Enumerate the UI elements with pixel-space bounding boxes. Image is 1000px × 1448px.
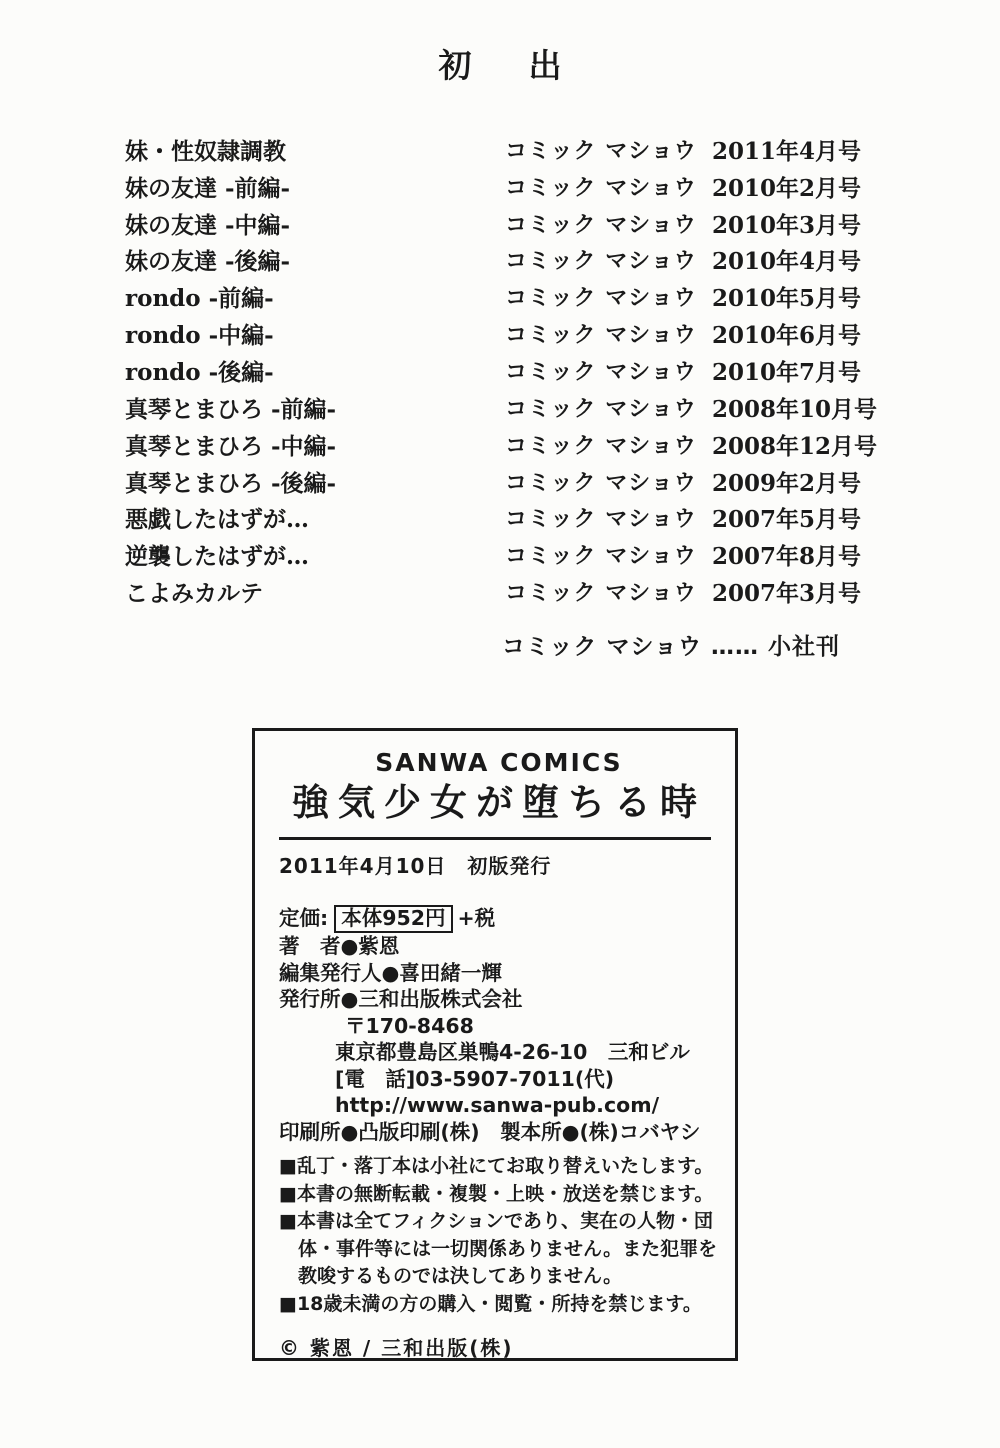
legal-notices: ■乱丁・落丁本は小社にてお取り替えいたします。 ■本書の無断転載・複製・上映・放… — [279, 1153, 719, 1318]
magazine-name: コミック マショウ — [505, 576, 712, 607]
magazine-name: コミック マショウ — [505, 171, 712, 202]
publication-row: こよみカルテ コミック マショウ 2007年3月号 — [125, 573, 885, 610]
magazine-name: コミック マショウ — [505, 466, 712, 497]
notice-item: ■本書は全てフィクションであり、実在の人物・団体・事件等には一切関係ありません。… — [279, 1208, 719, 1291]
price-tax-suffix: +税 — [458, 906, 496, 930]
work-title: 悪戯したはずが… — [125, 501, 505, 534]
page-title: 初 出 — [0, 40, 1000, 87]
publication-row: 妹の友達 -前編- コミック マショウ 2010年2月号 — [125, 168, 885, 205]
work-title: 妹の友達 -後編- — [125, 243, 505, 276]
magazine-publisher-footnote: コミック マショウ …… 小社刊 — [502, 628, 840, 661]
issue-date: 2010年4月号 — [712, 243, 885, 276]
issue-date: 2007年8月号 — [712, 538, 885, 571]
magazine-name: コミック マショウ — [505, 355, 712, 386]
notice-item: ■乱丁・落丁本は小社にてお取り替えいたします。 — [279, 1153, 719, 1181]
magazine-name: コミック マショウ — [505, 502, 712, 533]
work-title: rondo -中編- — [125, 317, 505, 350]
magazine-name: コミック マショウ — [505, 539, 712, 570]
magazine-name: コミック マショウ — [505, 244, 712, 275]
website-url: http://www.sanwa-pub.com/ — [279, 1092, 719, 1119]
magazine-name: コミック マショウ — [505, 318, 712, 349]
copyright-line: © 紫恩 / 三和出版(株) — [279, 1332, 719, 1361]
editor-line: 編集発行人●喜田緒一輝 — [279, 960, 719, 987]
work-title: rondo -後編- — [125, 354, 505, 387]
postal-code: 〒170-8468 — [279, 1013, 719, 1040]
publication-row: 妹の友達 -後編- コミック マショウ 2010年4月号 — [125, 242, 885, 279]
work-title: 妹・性奴隷調教 — [125, 133, 505, 166]
price-line: 定価:本体952円+税 — [279, 905, 719, 933]
author-line: 著 者●紫恩 — [279, 933, 719, 960]
publisher-address: 東京都豊島区巣鴨4-26-10 三和ビル — [279, 1039, 719, 1066]
issue-date: 2010年5月号 — [712, 280, 885, 313]
magazine-name: コミック マショウ — [505, 429, 712, 460]
price-boxed-value: 本体952円 — [334, 905, 452, 933]
publication-row: 悪戯したはずが… コミック マショウ 2007年5月号 — [125, 499, 885, 536]
magazine-name: コミック マショウ — [505, 208, 712, 239]
publication-row: 妹の友達 -中編- コミック マショウ 2010年3月号 — [125, 205, 885, 242]
publishing-info: 定価:本体952円+税 著 者●紫恩 編集発行人●喜田緒一輝 発行所●三和出版株… — [279, 905, 719, 1145]
issue-date: 2010年3月号 — [712, 207, 885, 240]
magazine-name: コミック マショウ — [505, 392, 712, 423]
first-publication-list: 妹・性奴隷調教 コミック マショウ 2011年4月号 妹の友達 -前編- コミッ… — [125, 131, 885, 610]
magazine-name: コミック マショウ — [505, 134, 712, 165]
issue-date: 2010年2月号 — [712, 170, 885, 203]
issue-date: 2007年5月号 — [712, 501, 885, 534]
title-divider — [279, 837, 711, 840]
magazine-name: コミック マショウ — [505, 281, 712, 312]
publisher-line: 発行所●三和出版株式会社 — [279, 986, 719, 1013]
work-title: 真琴とまひろ -中編- — [125, 428, 505, 461]
publication-row: 真琴とまひろ -前編- コミック マショウ 2008年10月号 — [125, 389, 885, 426]
publication-row: 妹・性奴隷調教 コミック マショウ 2011年4月号 — [125, 131, 885, 168]
price-label: 定価: — [279, 906, 328, 930]
work-title: 妹の友達 -前編- — [125, 170, 505, 203]
publication-row: rondo -後編- コミック マショウ 2010年7月号 — [125, 352, 885, 389]
publication-row: 逆襲したはずが… コミック マショウ 2007年8月号 — [125, 536, 885, 573]
work-title: 逆襲したはずが… — [125, 538, 505, 571]
publication-row: rondo -前編- コミック マショウ 2010年5月号 — [125, 278, 885, 315]
publication-row: 真琴とまひろ -後編- コミック マショウ 2009年2月号 — [125, 463, 885, 500]
imprint-label: SANWA COMICS — [279, 749, 719, 777]
book-title: 強気少女が堕ちる時 — [279, 779, 719, 825]
work-title: 真琴とまひろ -前編- — [125, 391, 505, 424]
work-title: rondo -前編- — [125, 280, 505, 313]
notice-item: ■本書の無断転載・複製・上映・放送を禁じます。 — [279, 1181, 719, 1209]
issue-date: 2008年12月号 — [712, 428, 885, 461]
notice-item: ■18歳未満の方の購入・閲覧・所持を禁じます。 — [279, 1291, 719, 1319]
issue-date: 2009年2月号 — [712, 465, 885, 498]
work-title: 妹の友達 -中編- — [125, 207, 505, 240]
colophon-box: SANWA COMICS 強気少女が堕ちる時 2011年4月10日 初版発行 定… — [252, 728, 738, 1361]
issue-date: 2010年7月号 — [712, 354, 885, 387]
work-title: こよみカルテ — [125, 575, 505, 608]
issue-date: 2008年10月号 — [712, 391, 885, 424]
publication-row: rondo -中編- コミック マショウ 2010年6月号 — [125, 315, 885, 352]
edition-line: 2011年4月10日 初版発行 — [279, 850, 719, 879]
issue-date: 2011年4月号 — [712, 133, 885, 166]
printer-line: 印刷所●凸版印刷(株) 製本所●(株)コバヤシ — [279, 1119, 719, 1146]
issue-date: 2010年6月号 — [712, 317, 885, 350]
work-title: 真琴とまひろ -後編- — [125, 465, 505, 498]
publication-row: 真琴とまひろ -中編- コミック マショウ 2008年12月号 — [125, 426, 885, 463]
issue-date: 2007年3月号 — [712, 575, 885, 608]
phone-number: [電 話]03-5907-7011(代) — [279, 1066, 719, 1093]
colophon-page: 初 出 妹・性奴隷調教 コミック マショウ 2011年4月号 妹の友達 -前編-… — [0, 0, 1000, 1448]
